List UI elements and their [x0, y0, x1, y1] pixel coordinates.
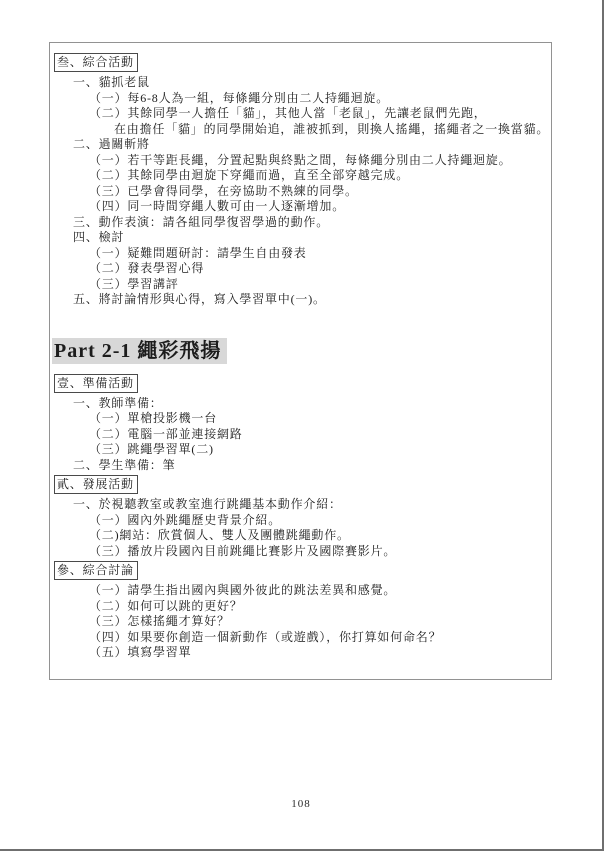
section-header: 壹、準備活動	[54, 374, 138, 393]
doc-line: （二）發表學習心得	[54, 261, 547, 277]
doc-line: 二、過關斬將	[54, 137, 547, 153]
part-title: Part 2-1 繩彩飛揚	[52, 338, 227, 364]
document-page: 叁、綜合活動一、貓抓老鼠（一）每6-8人為一組，每條繩分別由二人持繩迴旋。（二）…	[0, 0, 604, 851]
doc-line: 一、於視聽教室或教室進行跳繩基本動作介紹：	[54, 497, 547, 513]
doc-line: （二）其餘同學由迴旋下穿繩而過，直至全部穿越完成。	[54, 168, 547, 184]
section-header-row: 壹、準備活動	[54, 374, 547, 393]
doc-line: （一）請學生指出國內與國外彼此的跳法差異和感覺。	[54, 583, 547, 599]
content-border-box: 叁、綜合活動一、貓抓老鼠（一）每6-8人為一組，每條繩分別由二人持繩迴旋。（二）…	[49, 42, 552, 680]
section-header-row: 叁、綜合活動	[54, 53, 547, 72]
doc-line: （三）已學會得同學，在旁協助不熟練的同學。	[54, 184, 547, 200]
doc-line: （三）跳繩學習單(二)	[54, 442, 547, 458]
doc-line: 二、學生準備：筆	[54, 458, 547, 474]
doc-line: （一）每6-8人為一組，每條繩分別由二人持繩迴旋。	[54, 91, 547, 107]
doc-line: （三）學習講評	[54, 277, 547, 293]
doc-line: 一、貓抓老鼠	[54, 75, 547, 91]
section-header-row: 貳、發展活動	[54, 475, 547, 494]
doc-line: （二）其餘同學一人擔任「貓」，其他人當「老鼠」，先讓老鼠們先跑，	[54, 106, 547, 122]
doc-line: （一）疑難問題研討：請學生自由發表	[54, 246, 547, 262]
doc-line: （四）如果要你創造一個新動作（或遊戲），你打算如何命名？	[54, 630, 547, 646]
section-header-row: 參、綜合討論	[54, 561, 547, 580]
doc-line: 五、將討論情形與心得，寫入學習單中(一)。	[54, 292, 547, 308]
section-header: 參、綜合討論	[54, 561, 138, 580]
doc-line: （二)網站：欣賞個人、雙人及團體跳繩動作。	[54, 528, 547, 544]
doc-line: （一）國內外跳繩歷史背景介紹。	[54, 513, 547, 529]
doc-line: 在由擔任「貓」的同學開始追，誰被抓到，則換人搖繩，搖繩者之一換當貓。	[54, 122, 547, 138]
section-header: 貳、發展活動	[54, 475, 138, 494]
doc-line: （一）單槍投影機一台	[54, 411, 547, 427]
document-content: 叁、綜合活動一、貓抓老鼠（一）每6-8人為一組，每條繩分別由二人持繩迴旋。（二）…	[54, 53, 547, 661]
doc-line: （四）同一時間穿繩人數可由一人逐漸增加。	[54, 199, 547, 215]
doc-line: 四、檢討	[54, 230, 547, 246]
doc-line: 一、教師準備：	[54, 396, 547, 412]
doc-line: 三、動作表演：請各組同學復習學過的動作。	[54, 215, 547, 231]
doc-line: （二）電腦一部並連接網路	[54, 427, 547, 443]
doc-line: （三）播放片段國內目前跳繩比賽影片及國際賽影片。	[54, 544, 547, 560]
doc-line: （一）若干等距長繩，分置起點與終點之間，每條繩分別由二人持繩迴旋。	[54, 153, 547, 169]
page-number: 108	[0, 798, 602, 810]
doc-line: （二）如何可以跳的更好？	[54, 599, 547, 615]
section-header: 叁、綜合活動	[54, 53, 138, 72]
doc-line: （三）怎樣搖繩才算好？	[54, 614, 547, 630]
doc-line: （五）填寫學習單	[54, 645, 547, 661]
part-title-row: Part 2-1 繩彩飛揚	[54, 338, 547, 365]
